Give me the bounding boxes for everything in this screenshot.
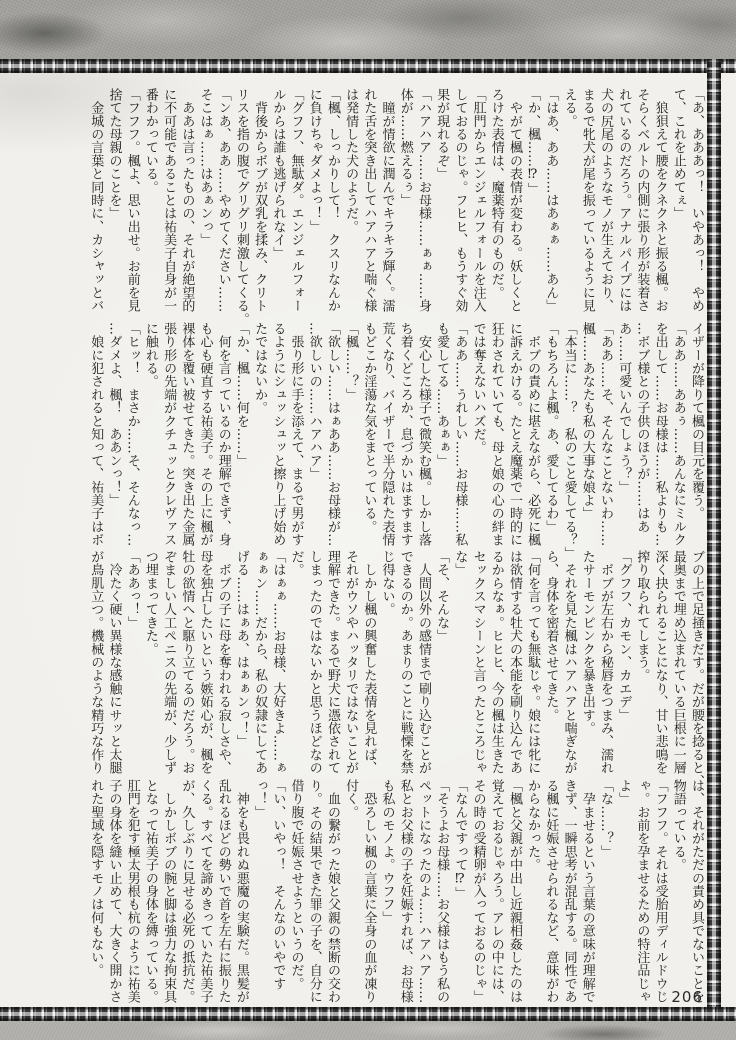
text-column: 「グフフ、無駄ダ。エンジェルフォー [286,88,304,320]
text-column: 血の繋がった娘と父親の禁断の交わ [323,779,341,1011]
chain-border-right [707,59,721,1021]
text-column: もどこか淫蕩な気をまとっている。 [359,322,377,554]
text-column: …欲しいの……ハアハア」 [305,322,323,554]
text-column: 「そうよお母様……お父様はもう私の [432,779,450,1011]
text-column: 「ああ……うれしい……お母様……私 [450,322,468,554]
text-column: 借り腹で妊娠させようというのだ。 [286,779,304,1011]
text-column: 裸体を覆い被せてきた。突き出た金属 [177,322,195,554]
text-column: ブの上で足掻きだす。だが腰を捻ると、 [687,550,705,782]
text-column: 恐ろしい楓の言葉に全身の血が凍り [359,779,377,1011]
text-column: だ。 [286,550,304,782]
text-column: 「ああ……ああぅ……あんなにミルク [669,322,687,554]
text-column: しまったのではないかと思うほどなの [305,550,323,782]
text-column: となって祐美子の身体を縛っている。 [141,779,159,1011]
text-column: 果が現れるぞ」 [432,88,450,320]
text-column: たではないか。 [250,322,268,554]
text-column: 「グフフ、カモン、カエデ」 [614,550,632,782]
text-column: 犬の尻尾のようなモノが生えており、 [596,88,614,320]
text-column: 張り形に手を添えて、まるで男がす [286,322,304,554]
text-column: も私のモノよ。ウフフ」 [377,779,395,1011]
text-column: は欲情する牡犬の本能を刷り込んであ [505,550,523,782]
margin-texture-bottom [0,1021,736,1040]
text-column: ち着くどころか、息づかいはますます [396,322,414,554]
text-column: 「ヒッ！ まさか……そ、そんなっ… [123,322,141,554]
text-column: ぞましい人工ペニスの先端が、少しず [159,550,177,782]
text-column: 「そ、そんな」 [432,550,450,782]
text-column: イザーが降りて楓の目元を覆う。 [687,322,705,554]
text-column: 「何を言っても無駄じゃ。娘には牝に [523,550,541,782]
text-column: げる……はぁあ、はぁぁンっ！」 [232,550,250,782]
text-column: くる。すべてを諦めきっていた祐美子 [195,779,213,1011]
text-column: まるで牝犬が尾を振っているように見 [578,88,596,320]
text-column: が、久しぶりに見せる必死の抵抗だ。 [177,779,195,1011]
text-column: 「フフフ。それは受胎用ディルドウじ [650,779,668,1011]
text-column: ボブの責めに堪えながら、必死に楓 [523,322,541,554]
text-column: ボブが左右から秘唇をつまみ、濡れ [596,550,614,782]
text-column: は発情した犬のようだ。 [341,88,359,320]
text-column: 「フフフ。楓よ、思い出せ。お前を見 [123,88,141,320]
text-column: 牡の欲情へと駆り立てるのだろう。お [177,550,195,782]
chain-border-top [0,59,736,73]
text-band-1: 「あ、あああっ！ いやあっ！ やめて、これを止めてぇ」 狼狽えて腰をクネクネと振… [86,88,705,320]
text-column: 冷たく硬い異様な感触にサッと太腿 [104,550,122,782]
text-column: る楓に妊娠させられるなど、意味がわ [541,779,559,1011]
text-column: も心も硬直する祐美子。その上に楓が [195,322,213,554]
text-column: っ！」 [250,779,268,1011]
text-column: 「な……？」 [596,779,614,1011]
text-column: 物語っている。 [669,779,687,1011]
text-column: 「本当に……？ 私のこと愛してる？」 [559,322,577,554]
text-column: ペットになったのよ……ハアハア…… [414,779,432,1011]
text-column: に不可能であることは祐美子自身が一 [159,88,177,320]
text-column: それがウソやハッタリではないことが [341,550,359,782]
text-column: 安心した様子で微笑む楓。しかし落 [414,322,432,554]
text-column: 理解できた。まるで野犬に憑依されて [323,550,341,782]
margin-texture-top [0,0,736,60]
text-column: …ダメよ、楓！ ああンっ！」 [104,322,122,554]
text-column: 楓……あなたも私の大事な娘よ」 [578,322,596,554]
text-column: 覚えておるじゃろう。アレの中には、 [487,779,505,1011]
text-column: を出して……お母様は……私よりも… [650,322,668,554]
text-column: 番わかっている。 [141,88,159,320]
text-column: 「楓、しっかりして！ クスリなんか [323,88,341,320]
text-column: 「ンあ、ああ……やめてください…… [214,88,232,320]
text-column: 「もちろんよ楓。あ、愛してるわ」 [541,322,559,554]
text-column: では奪えないハズだ。 [468,322,486,554]
text-column: 最奥まで埋め込まれている巨根に一層 [669,550,687,782]
text-column: ボブの子に母を奪われる寂しさや、 [214,550,232,782]
text-column: 瞳が情欲に潤んでキラキラ輝く。濡 [377,88,395,320]
text-column: 「はぁぁ……お母様、大好きよ……ぁ [268,550,286,782]
text-column: ルからは誰も逃げられなイ」 [268,88,286,320]
text-column: 「はあ、ああ……はあぁぁ……あん」 [541,88,559,320]
page-number: 206 [661,988,703,1006]
text-column: に負けちゃダメよっ！」 [305,88,323,320]
text-column: える。 [559,88,577,320]
text-column: 狼狽えて腰をクネクネと振る楓。お [650,88,668,320]
text-column: 乱れるほどの勢いで首を左右に振りた [214,779,232,1011]
text-column: れた舌を突き出してハアハアと喘ぐ様 [359,88,377,320]
text-column: 「か、楓……⁉」 [523,88,541,320]
text-column: 体が……燃えるぅ」 [396,88,414,320]
text-column: …ボブ様との子供のほうが……はあ [632,322,650,554]
text-column: きず、一瞬思考が混乱する。同性であ [559,779,577,1011]
text-column: 「い、いやっ！ そんなのいやです [268,779,286,1011]
text-column: 「欲しい……はぁああ……お母様が… [323,322,341,554]
text-column: リスを指の腹でグリグリ刺激してくる。 [232,88,250,320]
text-column: 深く抉られることになり、甘い悲鳴を [650,550,668,782]
text-column: 「ああ……そ、そんなことないわ…… [596,322,614,554]
text-column: 子の身体を縫い止めて、大きく開かさ [104,779,122,1011]
text-column: そらくベルトの内側に張り形が装着さ [632,88,650,320]
text-column: 「なんですって⁉」 [450,779,468,1011]
text-column: 神をも畏れぬ悪魔の実験だ。黒髪が [232,779,250,1011]
text-column: 母を独占したいという嫉妬心が、楓を [195,550,213,782]
text-column: 金城の言葉と同時に、カシャッとバ [86,88,104,320]
text-column: ろけた表情は、魔薬特有のものだ。 [487,88,505,320]
book-page-scan: 「あ、あああっ！ いやあっ！ やめて、これを止めてぇ」 狼狽えて腰をクネクネと振… [0,0,736,1040]
text-column: り。その結果できた罪の子を、自分に [305,779,323,1011]
chain-border-bottom [0,1007,736,1021]
text-band-3: ブの上で足掻きだす。だが腰を捻ると、最奥まで埋め込まれている巨根に一層深く抉られ… [86,550,705,782]
text-column: ぁぁン……だから、私の奴隷にしてあ [250,550,268,782]
text-column: そこはぁ……はあぁンっ」 [195,88,213,320]
text-column: たサーモンピンクを暴き出す。 [578,550,596,782]
text-band-4: は、それがただの責め具でないことを物語っている。「フフフ。それは受胎用ディルドウ… [86,779,705,1011]
text-column: て、これを止めてぇ」 [669,88,687,320]
text-column: も愛してる……あぁぁ」 [432,322,450,554]
text-column: 捨てた母親のことを」 [104,88,122,320]
text-column: あ……可愛いんでしょう？」 [614,322,632,554]
text-column: 何を言っているのか理解できず、身 [214,322,232,554]
text-column: しかし楓の興奮した表情を見れば、 [359,550,377,782]
text-column: よ」 [614,779,632,1011]
text-column: に触れる。 [141,322,159,554]
text-column: 「ああっ！」 [123,550,141,782]
text-column: やがて楓の表情が変わる。妖しくと [505,88,523,320]
text-band-2: イザーが降りて楓の目元を覆う。「ああ……ああぅ……あんなにミルクを出して……お母… [86,322,705,554]
text-column: ああは言ったものの、それが絶望的 [177,88,195,320]
text-column: ゃ。お前を孕ませるための特注品じゃ [632,779,650,1011]
text-column: しかしボブの腕と脚は強力な拘束具 [159,779,177,1011]
text-column: 「あ、あああっ！ いやあっ！ やめ [687,88,705,320]
text-column: 肛門を犯す極太男根も杭のように祐美 [123,779,141,1011]
text-column: できるのか。あまりのことに戦慄を禁 [396,550,414,782]
text-column: しておるのじゃ。フヒヒ、もうすぐ効 [450,88,468,320]
text-column: に訴えかける。たとえ魔薬で一時的に [505,322,523,554]
text-column: は、それがただの責め具でないことを [687,779,705,1011]
text-column: 「肛門からエンジェルフォールを注入 [468,88,486,320]
text-column: 「楓……？」 [341,322,359,554]
text-column: れているのだろう。アナルパイプには [614,88,632,320]
text-column: 狂わされていても、母と娘の心の絆ま [487,322,505,554]
text-column: 「ハアハア……お母様……ぁぁ……身 [414,88,432,320]
text-column: 付く。 [341,779,359,1011]
text-column: つ埋まってきた。 [141,550,159,782]
text-column: 荒くなり、バイザーで半分隠れた表情 [377,322,395,554]
text-column: 背後からボブが双乳を揉み、クリト [250,88,268,320]
text-column: 「楓と父親が中出し近親相姦したのは [505,779,523,1011]
text-column: その時の受精卵が入っておるのじゃ」 [468,779,486,1011]
text-column: れた聖域を隠すモノは何もない。 [86,779,104,1011]
text-column: 私とお父様の子を妊娠すれば、お母様 [396,779,414,1011]
text-column: からなかった。 [523,779,541,1011]
text-column: それを見た楓はハアハアと喘ぎなが [559,550,577,782]
text-column: 孕ませるという言葉の意味が理解で [578,779,596,1011]
text-column: 「か、楓……何を……」 [232,322,250,554]
text-column: 人間以外の感情まで刷り込むことが [414,550,432,782]
text-column: な」 [450,550,468,782]
text-column: るようにシュッシュッと擦り上げ始め [268,322,286,554]
text-column: セックスマシーンと言ったところじゃ [468,550,486,782]
text-column: ら、身体を密着させてきた。 [541,550,559,782]
text-column: 張り形の先端がクチュッとクレヴァス [159,322,177,554]
text-column: じ得ない。 [377,550,395,782]
text-column: 搾り取られてしまう。 [632,550,650,782]
text-column: が鳥肌立つ。機械のような精巧な作り [86,550,104,782]
text-column: 娘に犯されると知って、祐美子はボ [86,322,104,554]
text-column: るからなぁ。ヒヒヒ、今の楓は生きた [487,550,505,782]
